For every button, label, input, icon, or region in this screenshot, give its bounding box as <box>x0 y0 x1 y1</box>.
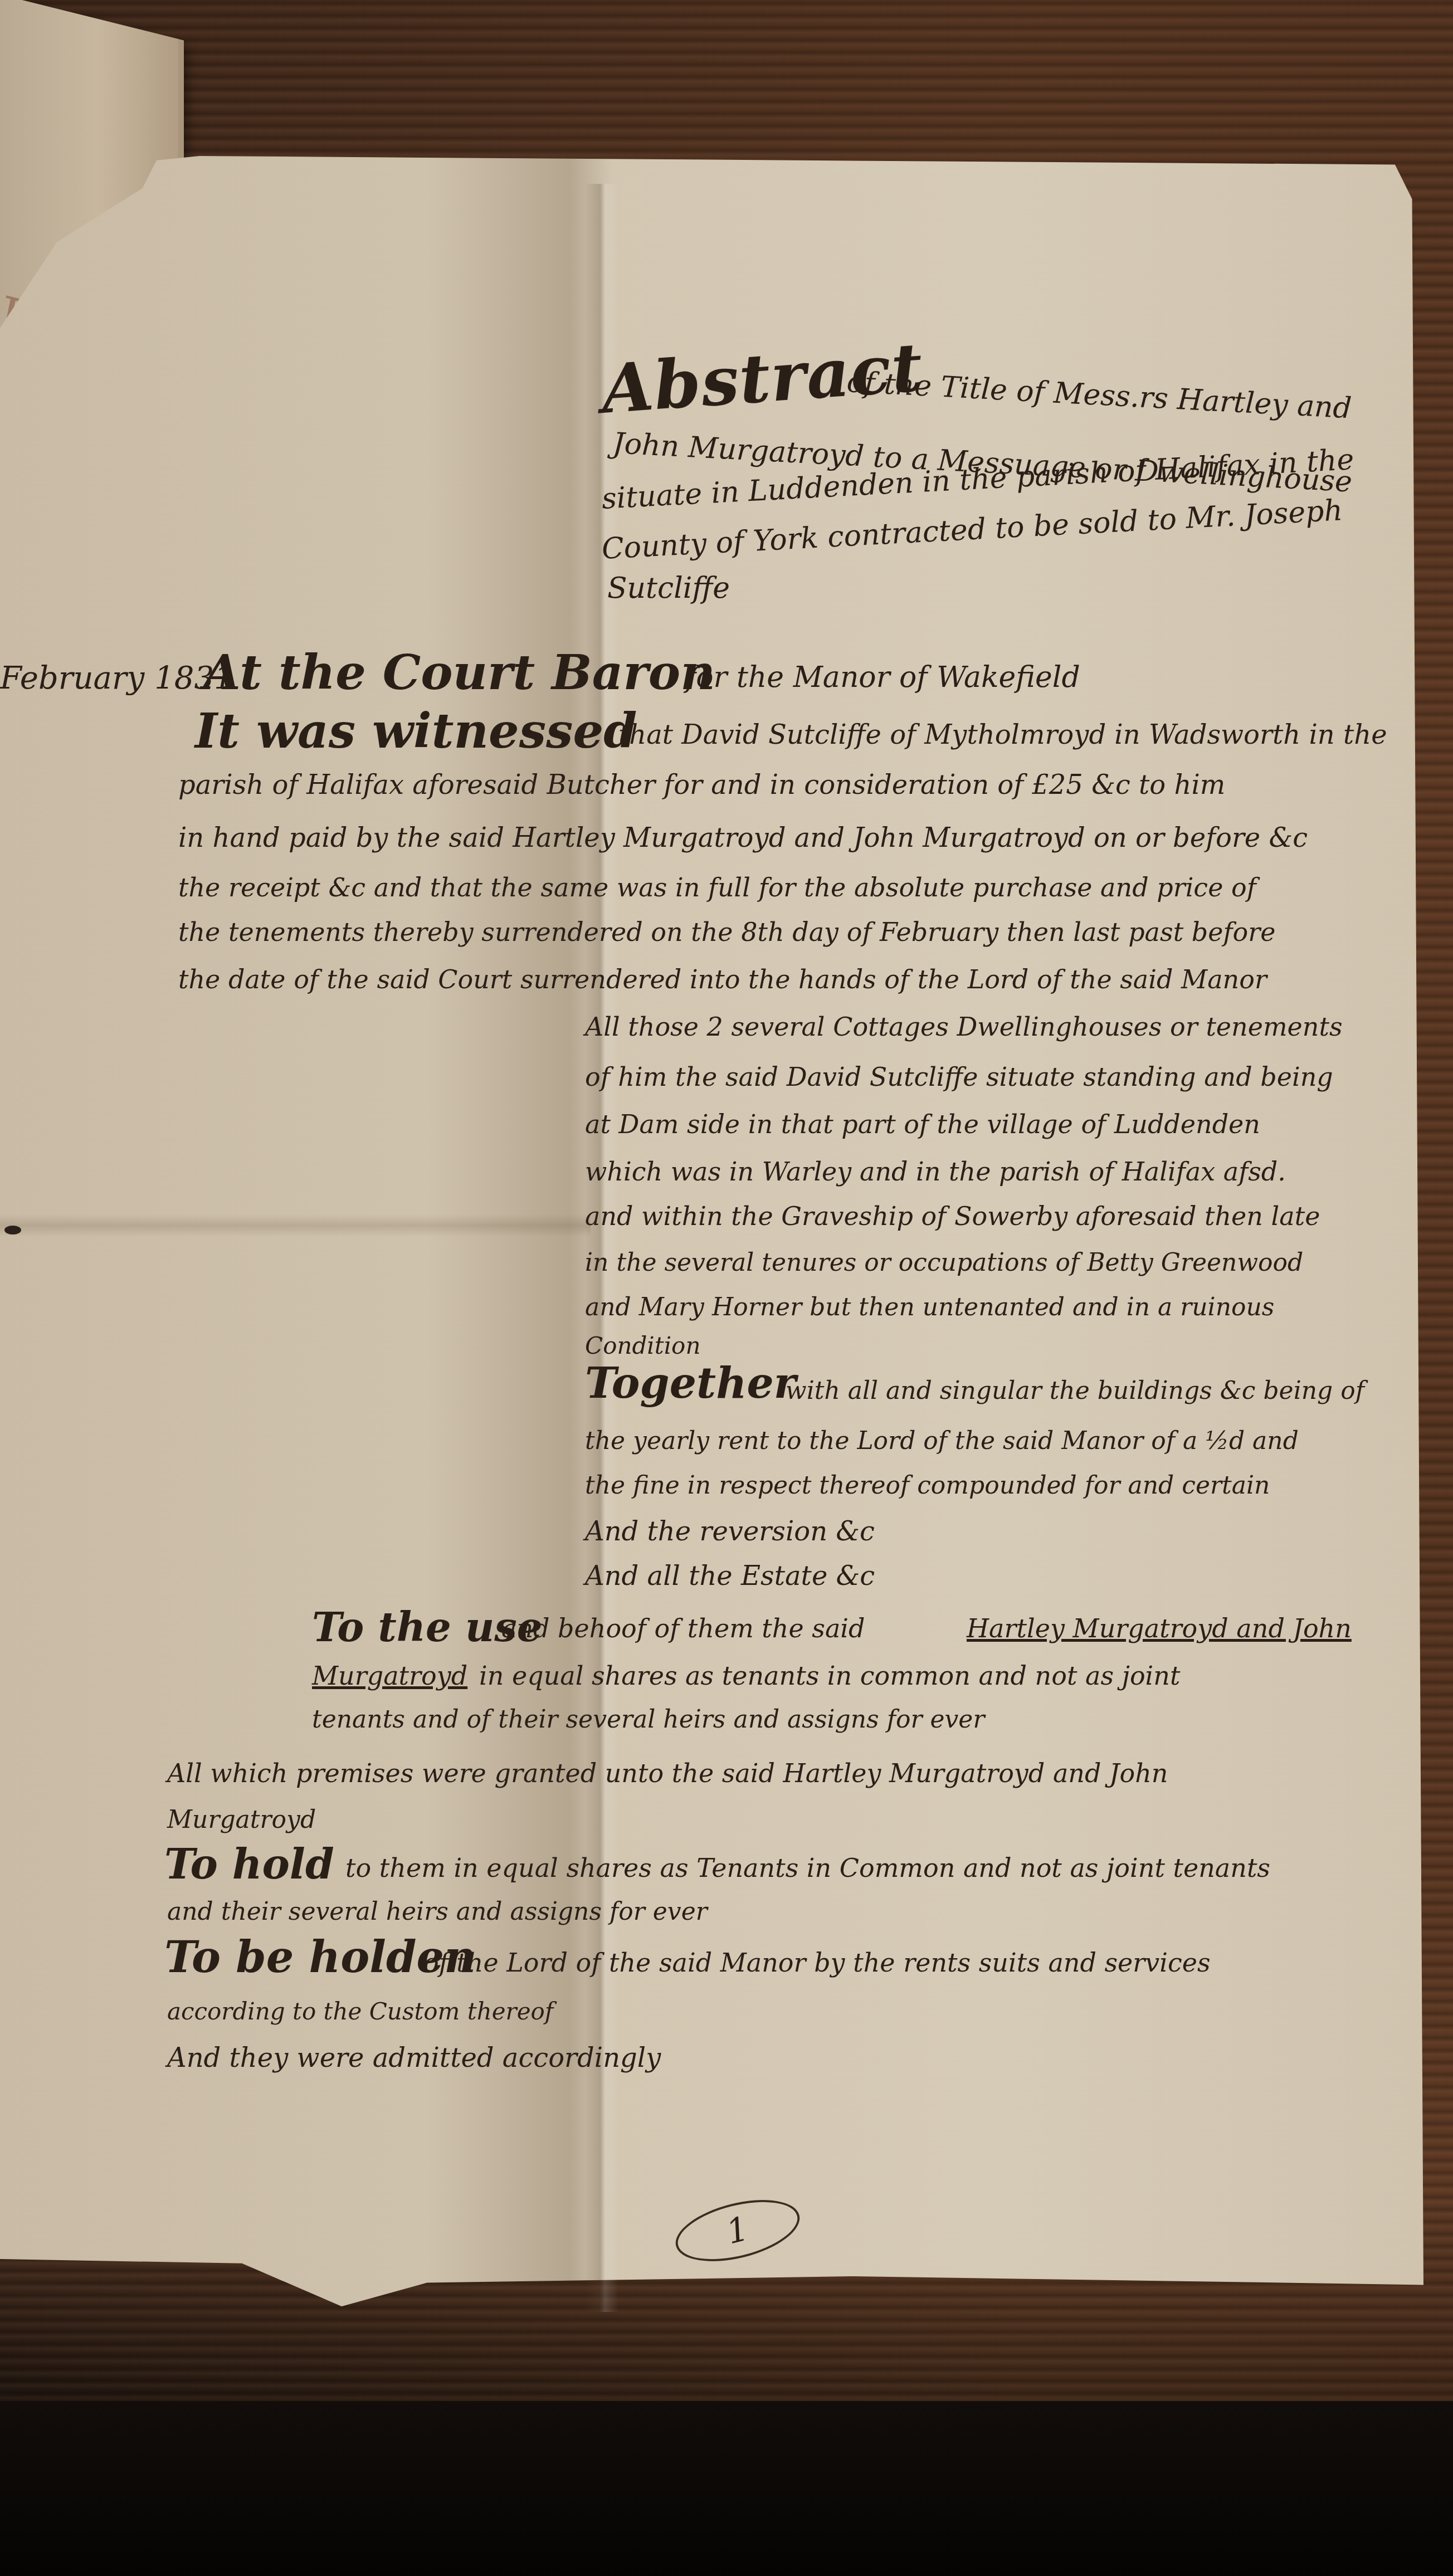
granted-line-2: Murgatroyd <box>167 1808 316 1832</box>
premises-line-6: in the several tenures or occupations of… <box>585 1251 1303 1275</box>
witnessed-heading: It was witnessed <box>195 708 637 755</box>
together-heading: Together <box>585 1362 796 1404</box>
page-number-value: 1 <box>723 2209 753 2252</box>
witnessed-line-4: the receipt &c and that the same was in … <box>178 875 1256 900</box>
margin-date: February 1831 <box>0 663 234 694</box>
premises-line-7: and Mary Horner but then untenanted and … <box>585 1295 1274 1320</box>
together-line-2: the yearly rent to the Lord of the said … <box>585 1429 1299 1453</box>
witnessed-line-3: in hand paid by the said Hartley Murgatr… <box>178 824 1308 851</box>
witnessed-line-6: the date of the said Court surrendered i… <box>178 967 1267 992</box>
premises-line-5: and within the Graveship of Sowerby afor… <box>585 1203 1320 1229</box>
to-be-holden-line-2: according to the Custom thereof <box>167 2000 553 2023</box>
title-line-5: Sutcliffe <box>607 574 730 603</box>
use-clause-names: Hartley Murgatroyd and John <box>967 1616 1352 1641</box>
court-baron-manor: for the Manor of Wakefield <box>685 663 1080 692</box>
use-clause-line-4: tenants and of their several heirs and a… <box>312 1707 984 1732</box>
ink-blot <box>4 1226 21 1235</box>
together-line-4: And the reversion &c <box>585 1518 875 1545</box>
to-hold-heading: To hold <box>164 1844 334 1885</box>
premises-line-2: of him the said David Sutcliffe situate … <box>585 1064 1333 1090</box>
together-line-1: with all and singular the buildings &c b… <box>786 1379 1364 1403</box>
to-hold-line-2: and their several heirs and assigns for … <box>167 1900 708 1924</box>
use-clause-line-3: in equal shares as tenants in common and… <box>479 1663 1180 1689</box>
to-be-holden-line-3: And they were admitted accordingly <box>167 2045 661 2071</box>
horizontal-fold-crease <box>0 1214 591 1237</box>
dark-floor-area <box>0 2401 1453 2576</box>
premises-line-1: All those 2 several Cottages Dwellinghou… <box>585 1014 1343 1040</box>
together-line-3: the fine in respect thereof compounded f… <box>585 1474 1270 1498</box>
use-clause-line-1: and behoof of them the said <box>501 1616 865 1641</box>
granted-line-1: All which premises were granted unto the… <box>167 1760 1168 1786</box>
use-clause-surname: Murgatroyd <box>312 1663 467 1689</box>
premises-line-8: Condition <box>585 1334 700 1358</box>
to-be-holden-line-1: of the Lord of the said Manor by the ren… <box>423 1950 1211 1975</box>
together-line-5: And all the Estate &c <box>585 1563 875 1589</box>
witnessed-line-2: parish of Halifax aforesaid Butcher for … <box>178 772 1225 798</box>
court-baron-heading: At the Court Baron <box>203 649 715 697</box>
premises-line-3: at Dam side in that part of the village … <box>585 1111 1260 1137</box>
to-hold-line-1: to them in equal shares as Tenants in Co… <box>345 1855 1270 1881</box>
witnessed-line-1: that David Sutcliffe of Mytholmroyd in W… <box>618 721 1387 748</box>
witnessed-line-5: the tenements thereby surrendered on the… <box>178 919 1275 945</box>
premises-line-4: which was in Warley and in the parish of… <box>585 1159 1286 1184</box>
